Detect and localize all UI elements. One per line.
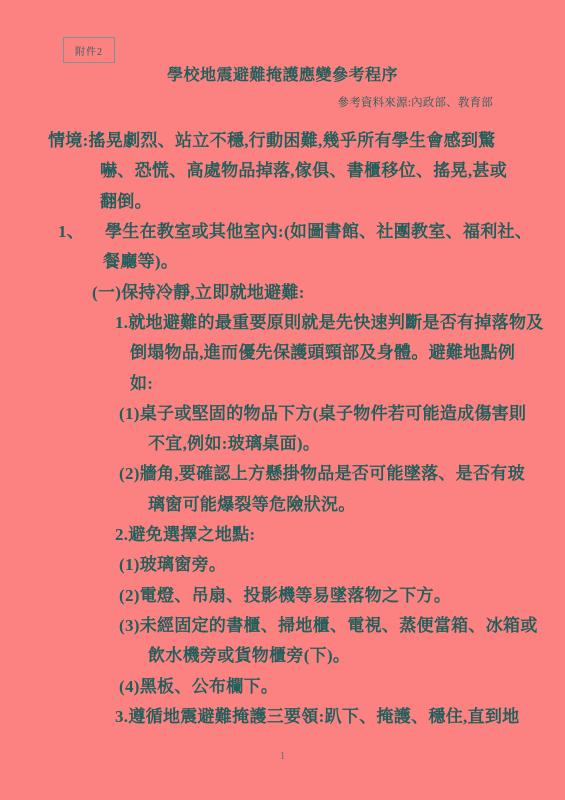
- text-line-situation: 情境:搖晃劇烈、站立不穩,行動困難,幾乎所有學生會感到驚: [0, 126, 565, 156]
- text-line: 飲水機旁或貨物櫃旁(下)。: [0, 641, 565, 671]
- text-line: 如:: [0, 369, 565, 399]
- source-note: 參考資料來源:內政部、教育部: [338, 94, 494, 110]
- list-number: 1、: [58, 217, 105, 247]
- document-body: 情境:搖晃劇烈、站立不穩,行動困難,幾乎所有學生會感到驚 嚇、恐慌、高處物品掉落…: [0, 126, 565, 732]
- text-line-subpoint-3: (3)未經固定的書櫃、掃地櫃、電視、蒸便當箱、冰箱或: [0, 611, 565, 641]
- text-line: 翻倒。: [0, 187, 565, 217]
- text-line-subsection-1: (一)保持冷靜,立即就地避難:: [0, 278, 565, 308]
- page-number: 1: [0, 750, 565, 762]
- text-line-subpoint-4: (4)黑板、公布欄下。: [0, 672, 565, 702]
- attachment-tag-box: 附件2: [63, 37, 115, 63]
- text-line-point-3: 3.遵循地震避難掩護三要領:趴下、掩護、穩住,直到地: [0, 702, 565, 732]
- text-line-point-1: 1.就地避難的最重要原則就是先快速判斷是否有掉落物及: [0, 308, 565, 338]
- text-line: 嚇、恐慌、高處物品掉落,傢俱、書櫃移位、搖晃,甚或: [0, 156, 565, 186]
- text-line: 不宜,例如:玻璃桌面)。: [0, 429, 565, 459]
- text-line-subpoint-2: (2)電燈、吊扇、投影機等易墜落物之下方。: [0, 581, 565, 611]
- text-line-subpoint-1: (1)玻璃窗旁。: [0, 550, 565, 580]
- document-title: 學校地震避難掩護應變參考程序: [0, 62, 565, 85]
- document-page: 附件2 學校地震避難掩護應變參考程序 參考資料來源:內政部、教育部 情境:搖晃劇…: [0, 0, 565, 800]
- text-line: 倒塌物品,進而優先保護頭頸部及身體。避難地點例: [0, 338, 565, 368]
- text-line-subpoint-1: (1)桌子或堅固的物品下方(桌子物件若可能造成傷害則: [0, 399, 565, 429]
- text-line-point-2: 2.避免選擇之地點:: [0, 520, 565, 550]
- text-line: 璃窗可能爆裂等危險狀況。: [0, 490, 565, 520]
- list-item-1: 1、學生在教室或其他室內:(如圖書館、社團教室、福利社、: [0, 217, 565, 247]
- text-line-subpoint-2: (2)牆角,要確認上方懸掛物品是否可能墜落、是否有玻: [0, 459, 565, 489]
- attachment-tag-label: 附件2: [75, 43, 103, 58]
- text-line: 學生在教室或其他室內:(如圖書館、社團教室、福利社、: [105, 222, 532, 241]
- text-line: 餐廳等)。: [0, 247, 565, 277]
